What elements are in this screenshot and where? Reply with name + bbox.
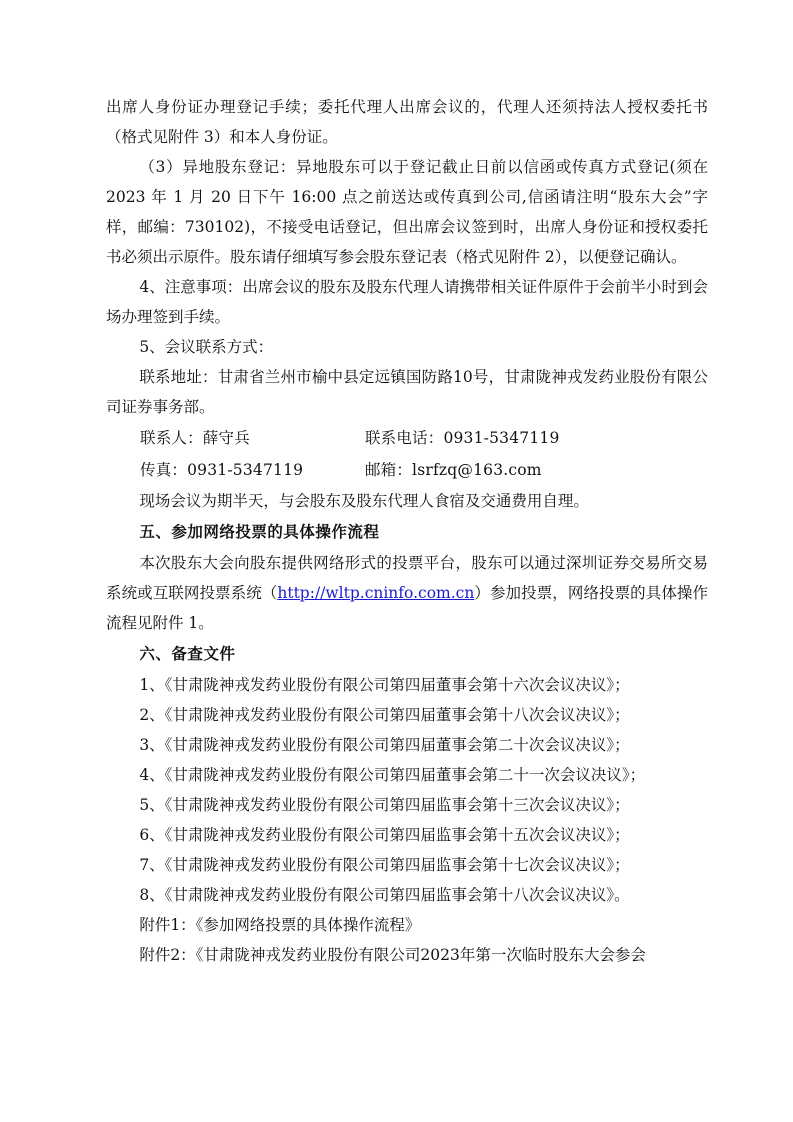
contact-fax: 传真：0931-5347119 — [140, 454, 360, 486]
reference-document-item: 1、《甘肃陇神戎发药业股份有限公司第四届董事会第十六次会议决议》； — [106, 670, 708, 700]
paragraph-notice: 4、注意事项：出席会议的股东及股东代理人请携带相关证件原件于会前半小时到会场办理… — [106, 272, 708, 332]
document-page: 出席人身份证办理登记手续；委托代理人出席会议的，代理人还须持法人授权委托书（格式… — [0, 0, 793, 1122]
paragraph-address: 联系地址：甘肃省兰州市榆中县定远镇国防路10号，甘肃陇神戎发药业股份有限公司证券… — [106, 362, 708, 422]
reference-document-item: 6、《甘肃陇神戎发药业股份有限公司第四届监事会第十五次会议决议》； — [106, 820, 708, 850]
contact-phone: 联系电话：0931-5347119 — [365, 429, 560, 447]
paragraph-contact-method: 5、会议联系方式： — [106, 332, 708, 362]
reference-document-item: 5、《甘肃陇神戎发药业股份有限公司第四届监事会第十三次会议决议》； — [106, 790, 708, 820]
section-heading-network-voting: 五、参加网络投票的具体操作流程 — [106, 517, 708, 547]
paragraph-onsite-meeting: 现场会议为期半天，与会股东及股东代理人食宿及交通费用自理。 — [106, 486, 708, 516]
paragraph-remote-registration: （3）异地股东登记：异地股东可以于登记截止日前以信函或传真方式登记(须在 202… — [106, 152, 708, 272]
reference-document-item: 3、《甘肃陇神戎发药业股份有限公司第四届董事会第二十次会议决议》； — [106, 730, 708, 760]
reference-document-item: 8、《甘肃陇神戎发药业股份有限公司第四届监事会第十八次会议决议》。 — [106, 880, 708, 910]
section-heading-reference-documents: 六、备查文件 — [106, 639, 708, 669]
contact-person: 联系人：薛守兵 — [140, 422, 360, 454]
paragraph-network-voting: 本次股东大会向股东提供网络形式的投票平台，股东可以通过深圳证券交易所交易系统或互… — [106, 548, 708, 638]
contact-email: 邮箱：lsrfzq@163.com — [365, 461, 542, 479]
contact-row-person-phone: 联系人：薛守兵 联系电话：0931-5347119 — [106, 422, 708, 454]
reference-document-item: 4、《甘肃陇神戎发药业股份有限公司第四届董事会第二十一次会议决议》； — [106, 760, 708, 790]
contact-row-fax-email: 传真：0931-5347119 邮箱：lsrfzq@163.com — [106, 454, 708, 486]
attachment-1-line: 附件1：《参加网络投票的具体操作流程》 — [106, 910, 708, 940]
attachment-2-line: 附件2：《甘肃陇神戎发药业股份有限公司2023年第一次临时股东大会参会 — [106, 940, 708, 970]
network-voting-url-link[interactable]: http://wltp.cninfo.com.cn — [277, 584, 474, 602]
reference-document-item: 2、《甘肃陇神戎发药业股份有限公司第四届董事会第十八次会议决议》； — [106, 700, 708, 730]
reference-document-item: 7、《甘肃陇神戎发药业股份有限公司第四届监事会第十七次会议决议》； — [106, 850, 708, 880]
paragraph-carryover: 出席人身份证办理登记手续；委托代理人出席会议的，代理人还须持法人授权委托书（格式… — [106, 92, 708, 152]
